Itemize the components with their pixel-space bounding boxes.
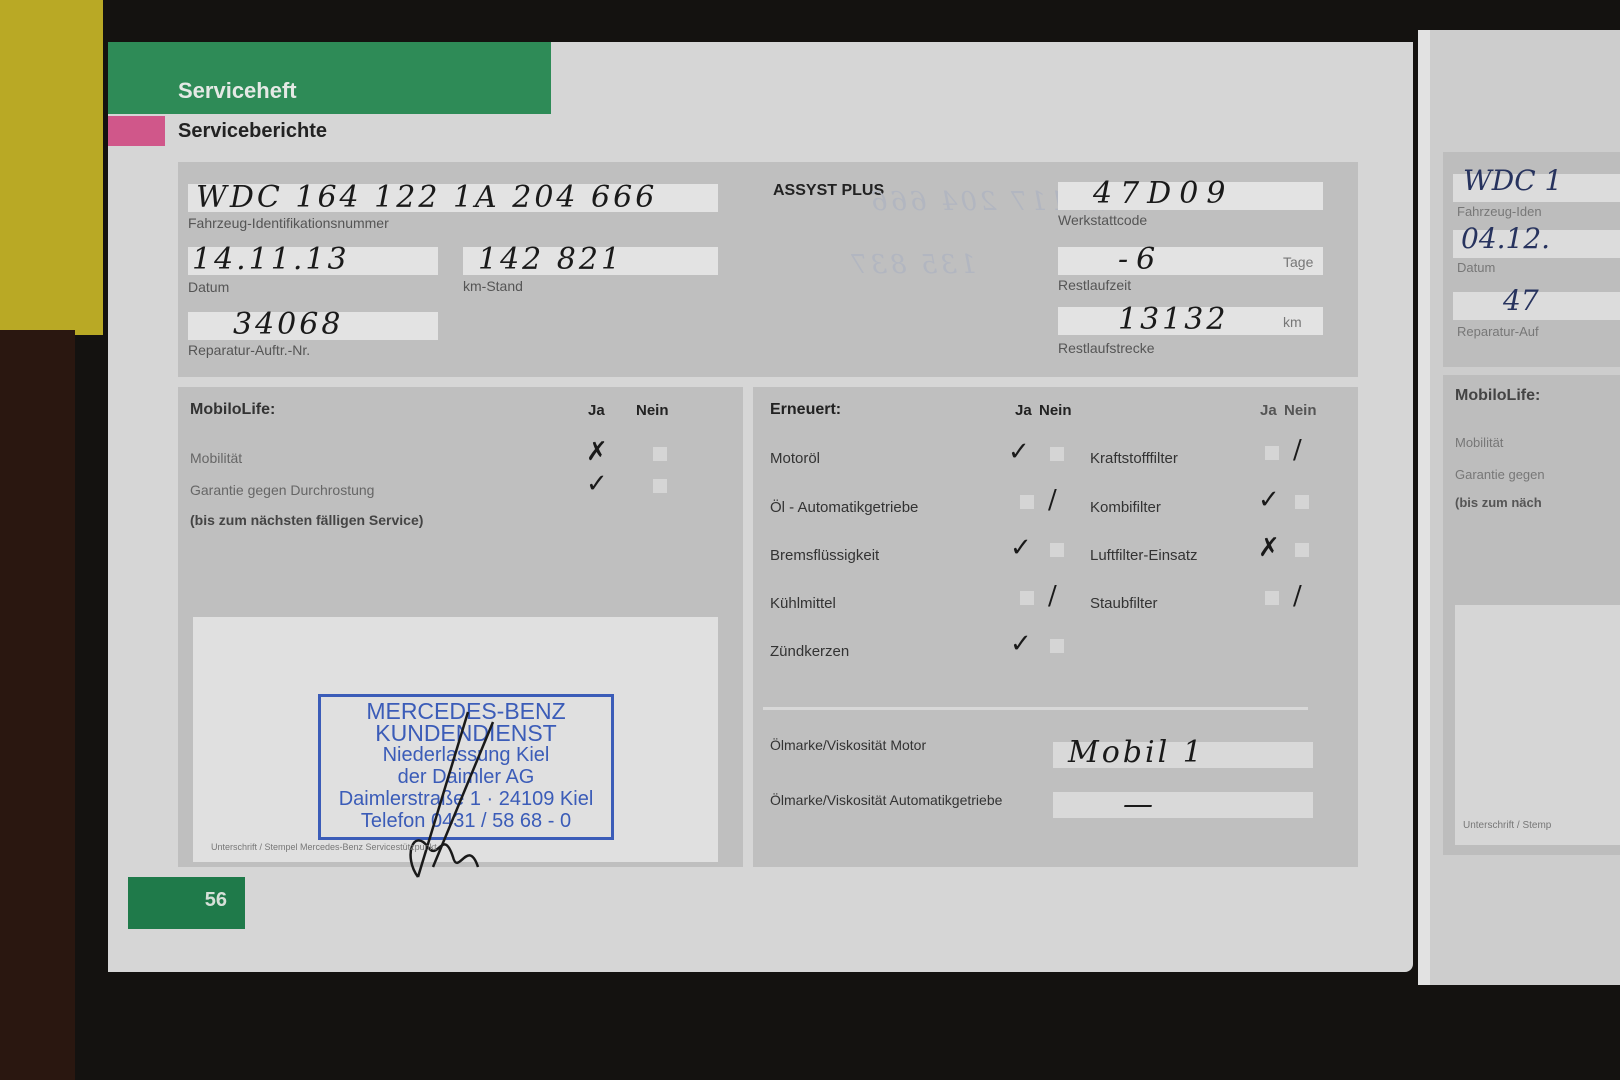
mobilolife-panel: MobiloLife: Ja Nein Mobilität ✗ Garantie… [178, 387, 743, 867]
mobilolife-title: MobiloLife: [190, 401, 275, 419]
mobilolife-note: (bis zum nächsten fälligen Service) [190, 512, 423, 528]
date-value: 14.11.13 [192, 242, 350, 277]
brake-fluid-yes-mark[interactable]: ✓ [1010, 535, 1032, 561]
date-label: Datum [188, 279, 229, 295]
motor-oil-no-checkbox[interactable] [1050, 447, 1064, 461]
show-through-text-2: 135 837 [848, 250, 977, 280]
next-mobilo-item1: Mobilität [1455, 435, 1503, 450]
replaced-title: Erneuert: [770, 401, 841, 419]
next-date-value: 04.12. [1461, 222, 1550, 255]
item-dust-filter: Staubfilter [1090, 595, 1158, 612]
background-wood [0, 330, 75, 1080]
km-label: km-Stand [463, 278, 523, 294]
item-brake-fluid: Bremsflüssigkeit [770, 547, 879, 564]
next-order-label: Reparatur-Auf [1457, 324, 1539, 339]
next-page-mobilo-panel: MobiloLife: Mobilität Garantie gegen (bi… [1443, 375, 1620, 855]
mobilolife-col-yes: Ja [588, 402, 605, 419]
section-divider [763, 707, 1308, 710]
order-label: Reparatur-Auftr.-Nr. [188, 342, 310, 358]
replaced-col-yes-right: Ja [1260, 402, 1277, 419]
brake-fluid-no-checkbox[interactable] [1050, 543, 1064, 557]
km-value: 142 821 [478, 242, 623, 277]
stamp-caption: Unterschrift / Stempel Mercedes-Benz Ser… [211, 842, 437, 852]
next-vin-value: WDC 1 [1463, 164, 1562, 197]
dust-filter-yes-checkbox[interactable] [1265, 591, 1279, 605]
page-fold [1418, 30, 1430, 985]
rust-yes-mark[interactable]: ✓ [586, 471, 608, 497]
oil-motor-label: Ölmarke/Viskosität Motor [770, 737, 926, 753]
combi-filter-yes-mark[interactable]: ✓ [1258, 487, 1280, 513]
mobilolife-col-no: Nein [636, 402, 669, 419]
remaining-distance-label: Restlaufstrecke [1058, 340, 1154, 356]
replaced-col-no-right: Nein [1284, 402, 1317, 419]
mobility-yes-mark[interactable]: ✗ [586, 439, 608, 465]
next-page-vehicle-panel: WDC 1 Fahrzeug-Iden 04.12. Datum 47 Repa… [1443, 152, 1620, 367]
item-gearbox-oil: Öl - Automatikgetriebe [770, 499, 918, 516]
signature-stamp-area: MERCEDES-BENZ KUNDENDIENST Niederlassung… [193, 617, 718, 862]
page-number: 56 [205, 889, 227, 912]
next-mobilo-title: MobiloLife: [1455, 387, 1540, 405]
oil-gearbox-label: Ölmarke/Viskosität Automatikgetriebe [770, 792, 1002, 808]
next-stamp-area [1455, 605, 1620, 845]
item-air-filter: Luftfilter-Einsatz [1090, 547, 1198, 564]
remaining-time-unit: Tage [1283, 254, 1313, 270]
mobilolife-item-rust: Garantie gegen Durchrostung [190, 482, 374, 498]
remaining-time-label: Restlaufzeit [1058, 277, 1131, 293]
next-page: WDC 1 Fahrzeug-Iden 04.12. Datum 47 Repa… [1418, 30, 1620, 985]
combi-filter-no-checkbox[interactable] [1295, 495, 1309, 509]
next-date-label: Datum [1457, 260, 1495, 275]
mobility-no-checkbox[interactable] [653, 447, 667, 461]
next-vin-label: Fahrzeug-Iden [1457, 204, 1542, 219]
coolant-no-mark[interactable]: / [1048, 583, 1057, 609]
item-combi-filter: Kombifilter [1090, 499, 1161, 516]
oil-motor-value: Mobil 1 [1068, 735, 1205, 770]
coolant-yes-checkbox[interactable] [1020, 591, 1034, 605]
next-order-value: 47 [1503, 284, 1539, 317]
section-title: Serviceberichte [178, 120, 327, 143]
air-filter-yes-mark[interactable]: ✗ [1258, 535, 1280, 561]
next-stamp-caption: Unterschrift / Stemp [1463, 820, 1551, 831]
replaced-col-no-left: Nein [1039, 402, 1072, 419]
signature-icon [398, 707, 508, 887]
next-mobilo-note: (bis zum näch [1455, 495, 1542, 510]
rust-no-checkbox[interactable] [653, 479, 667, 493]
vin-value: WDC 164 122 1A 204 666 [196, 180, 657, 215]
replaced-parts-panel: Erneuert: Ja Nein Ja Nein Motoröl ✓ Öl -… [753, 387, 1358, 867]
service-book-page: Serviceheft Serviceberichte WDC 164 122 … [108, 42, 1413, 972]
spark-plugs-no-checkbox[interactable] [1050, 639, 1064, 653]
vehicle-info-panel: WDC 164 122 1A 204 666 Fahrzeug-Identifi… [178, 162, 1358, 377]
workshop-code-value: 47D09 [1093, 176, 1233, 211]
remaining-time-value: -6 [1118, 242, 1163, 277]
gearbox-oil-yes-checkbox[interactable] [1020, 495, 1034, 509]
page-number-box: 56 [128, 877, 245, 929]
book-title: Serviceheft [178, 78, 297, 104]
oil-gearbox-field [1053, 792, 1313, 818]
item-fuel-filter: Kraftstofffilter [1090, 450, 1178, 467]
air-filter-no-checkbox[interactable] [1295, 543, 1309, 557]
header-band: Serviceheft [108, 42, 551, 114]
next-mobilo-item2: Garantie gegen [1455, 467, 1545, 482]
oil-gearbox-value: — [1123, 787, 1156, 822]
item-coolant: Kühlmittel [770, 595, 836, 612]
background-yellow-folder [0, 0, 103, 335]
gearbox-oil-no-mark[interactable]: / [1048, 487, 1057, 513]
fuel-filter-yes-checkbox[interactable] [1265, 446, 1279, 460]
remaining-distance-unit: km [1283, 314, 1302, 330]
item-motor-oil: Motoröl [770, 450, 820, 467]
motor-oil-yes-mark[interactable]: ✓ [1008, 439, 1030, 465]
vin-label: Fahrzeug-Identifikationsnummer [188, 215, 389, 231]
spark-plugs-yes-mark[interactable]: ✓ [1010, 631, 1032, 657]
mobilolife-item-mobility: Mobilität [190, 450, 242, 466]
workshop-code-label: Werkstattcode [1058, 212, 1147, 228]
item-spark-plugs: Zündkerzen [770, 643, 849, 660]
remaining-distance-value: 13132 [1118, 302, 1228, 337]
dust-filter-no-mark[interactable]: / [1293, 583, 1302, 609]
replaced-col-yes-left: Ja [1015, 402, 1032, 419]
order-value: 34068 [233, 307, 343, 342]
section-marker [108, 116, 165, 146]
fuel-filter-no-mark[interactable]: / [1293, 437, 1302, 463]
